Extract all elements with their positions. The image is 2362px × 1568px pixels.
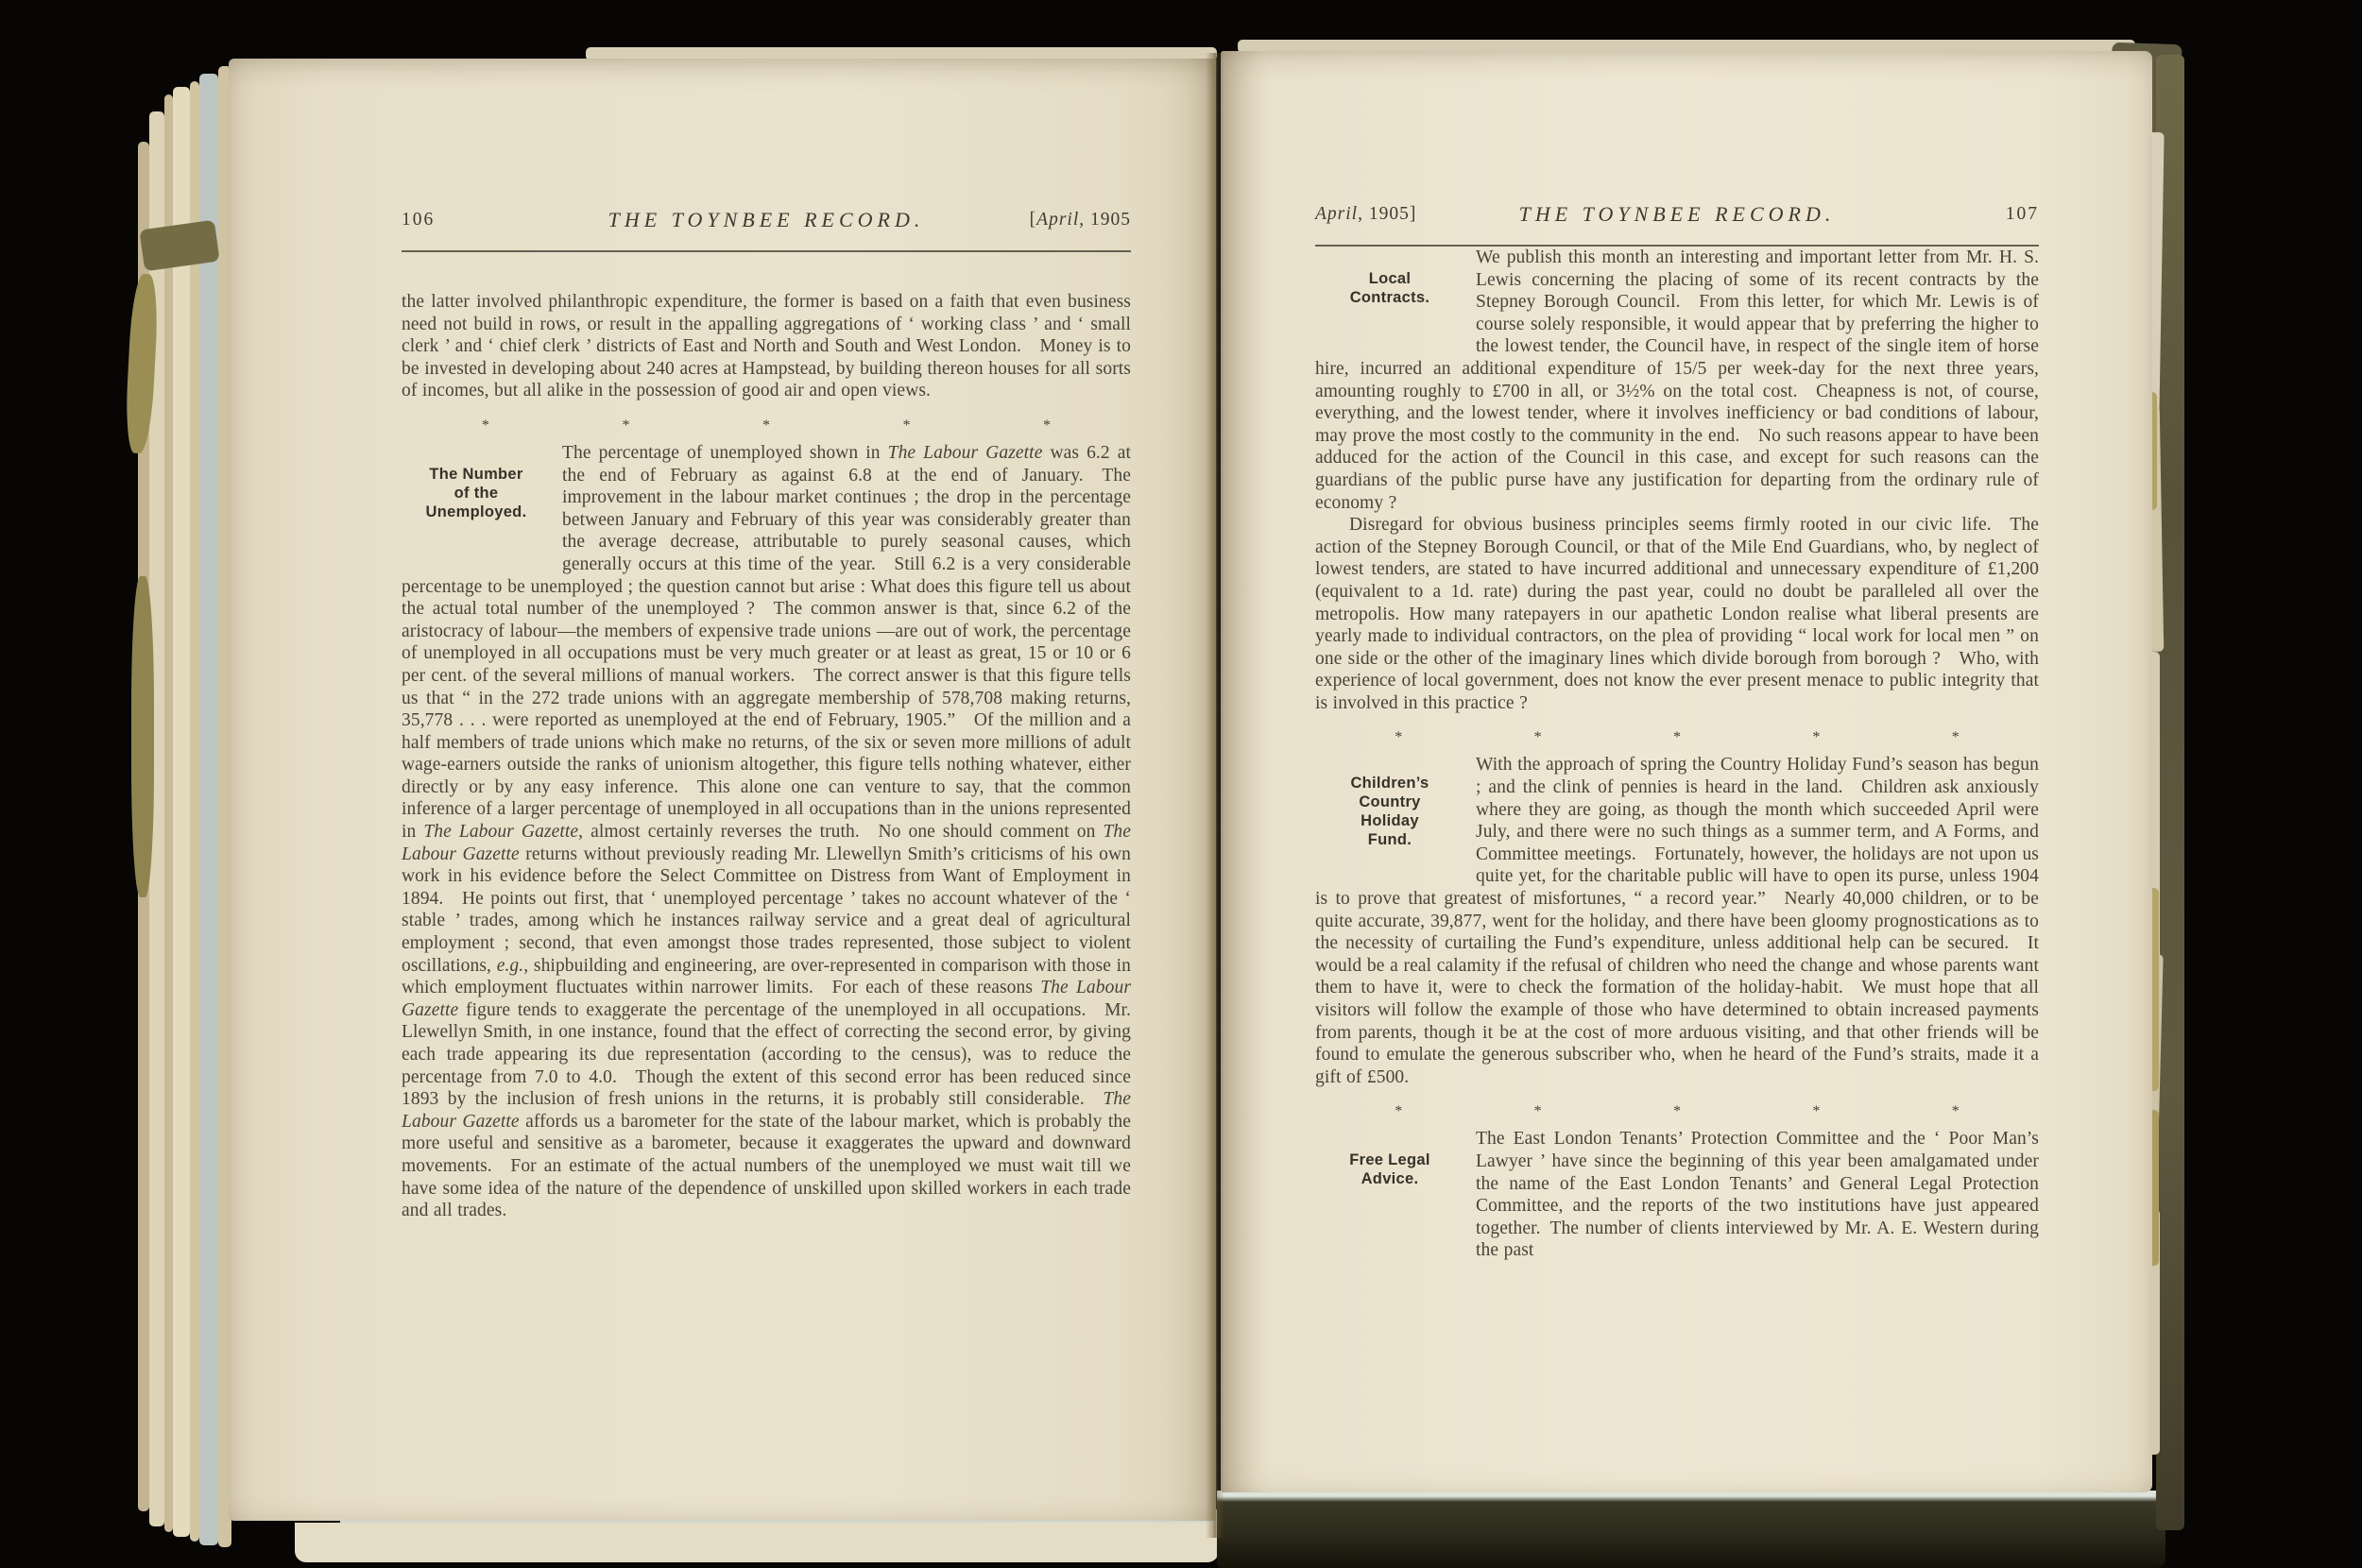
sidenote-container: Children’sCountryHolidayFund. (1315, 754, 1476, 865)
running-title-right: THE TOYNBEE RECORD. (1519, 202, 1836, 227)
section-childrens-country-holiday-fund: Children’sCountryHolidayFund. With the a… (1315, 754, 2039, 1088)
section-free-legal-advice: Free LegalAdvice. The East London Tenant… (1315, 1128, 2039, 1262)
sidenote-number-of-unemployed: The Numberof theUnemployed. (402, 465, 562, 521)
paragraph-number-of-unemployed: The percentage of unemployed shown in Th… (402, 442, 1131, 1222)
paragraph-local-contracts-2: Disregard for obvious business principle… (1315, 514, 2039, 714)
torn-edge-fragment (131, 576, 154, 897)
book-cover-bottom (1217, 1491, 2165, 1568)
left-page-header: 106 THE TOYNBEE RECORD. [April, 1905 (402, 210, 1131, 238)
section-number-of-unemployed: The Numberof theUnemployed. The percenta… (402, 442, 1131, 1222)
sidenote-childrens-country-holiday-fund: Children’sCountryHolidayFund. (1315, 774, 1476, 849)
right-page: April, 1905] THE TOYNBEE RECORD. 107 Loc… (1221, 51, 2152, 1492)
sidenote-free-legal-advice: Free LegalAdvice. (1315, 1150, 1476, 1188)
page-edge-stack-blue (199, 74, 218, 1545)
section-separator: ***** (1395, 1104, 1959, 1119)
header-rule-left (402, 250, 1131, 252)
section-local-contracts: LocalContracts. We publish this month an… (1315, 247, 2039, 714)
page-number-right: 107 (2006, 204, 2039, 225)
book-gutter (1206, 53, 1224, 1538)
page-edge-stack (190, 81, 199, 1542)
left-page: 106 THE TOYNBEE RECORD. [April, 1905 the… (229, 59, 1216, 1521)
page-edge-stack (164, 94, 173, 1532)
sidenote-container: LocalContracts. (1315, 247, 1476, 336)
sidenote-local-contracts: LocalContracts. (1315, 269, 1476, 307)
sidenote-container: Free LegalAdvice. (1315, 1128, 1476, 1239)
page-edge-stack (173, 87, 190, 1537)
paragraph-continuation: the latter involved philanthropic expend… (402, 291, 1131, 402)
page-number-left: 106 (402, 210, 435, 230)
section-separator: ***** (1395, 730, 1959, 745)
issue-date-left: [April, 1905 (1030, 210, 1131, 230)
section-separator: ***** (482, 418, 1051, 434)
right-page-header: April, 1905] THE TOYNBEE RECORD. 107 (1315, 204, 2039, 232)
sidenote-container: The Numberof theUnemployed. (402, 442, 562, 554)
underlying-page-edge (295, 1523, 1219, 1562)
running-title-left: THE TOYNBEE RECORD. (608, 208, 925, 232)
issue-date-right: April, 1905] (1315, 204, 1416, 225)
photo-background: 106 THE TOYNBEE RECORD. [April, 1905 the… (0, 0, 2362, 1568)
